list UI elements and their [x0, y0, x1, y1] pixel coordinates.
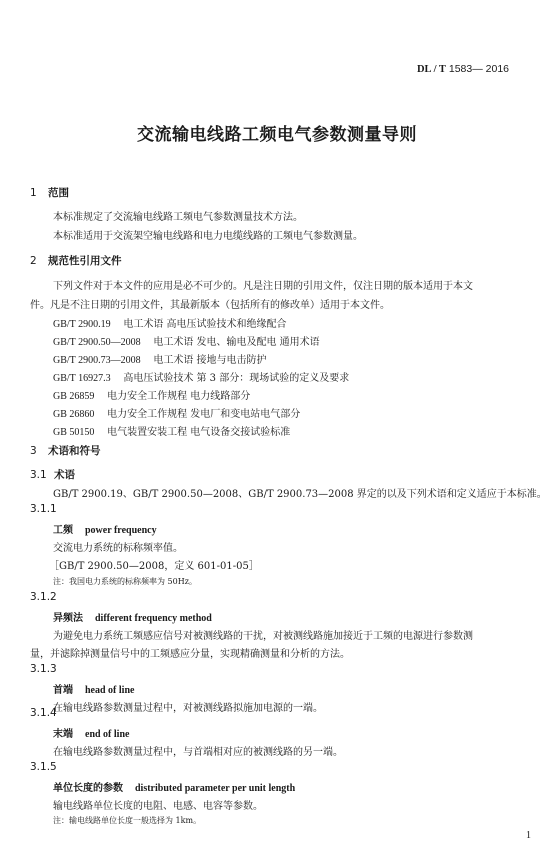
term-number: 3.1.4 — [30, 707, 57, 719]
subsection-number: 3.1 — [30, 469, 54, 481]
term-en: head of line — [85, 685, 134, 696]
term-heading: 单位长度的参数distributed parameter per unit le… — [53, 779, 295, 794]
reference-code: GB/T 2900.19 — [53, 319, 111, 330]
reference-title: 电力安全工作规程 电力线路部分 — [107, 391, 250, 402]
reference-item: GB/T 2900.19 电工术语 高电压试验技术和绝缘配合 — [53, 315, 287, 330]
term-note: 注：输电线路单位长度一般选择为 1km。 — [53, 815, 201, 826]
term-number: 3.1.5 — [30, 761, 57, 773]
term-zh: 异频法 — [53, 613, 83, 624]
standard-number: 1583— 2016 — [449, 63, 509, 75]
reference-title: 电工术语 高电压试验技术和绝缘配合 — [123, 319, 286, 330]
term-heading: 末端end of line — [53, 725, 129, 740]
terms-intro: GB/T 2900.19、GB/T 2900.50—2008、GB/T 2900… — [53, 485, 547, 500]
reference-code: GB/T 2900.73—2008 — [53, 355, 141, 366]
reference-code: GB 50150 — [53, 427, 94, 438]
term-zh: 末端 — [53, 729, 73, 740]
section-3-heading: 3术语和符号 — [30, 443, 101, 458]
reference-title: 高电压试验技术 第 3 部分：现场试验的定义及要求 — [123, 373, 349, 384]
reference-title: 电力安全工作规程 发电厂和变电站电气部分 — [107, 409, 300, 420]
term-heading: 工频power frequency — [53, 521, 157, 536]
reference-item: GB 26859 电力安全工作规程 电力线路部分 — [53, 387, 250, 402]
reference-item: GB 26860 电力安全工作规程 发电厂和变电站电气部分 — [53, 405, 300, 420]
section-number: 2 — [30, 255, 48, 267]
reference-title: 电工术语 接地与电击防护 — [153, 355, 266, 366]
normative-intro-line-1: 下列文件对于本文件的应用是必不可少的。凡是注日期的引用文件，仅注日期的版本适用于… — [53, 277, 473, 292]
reference-item: GB/T 2900.73—2008 电工术语 接地与电击防护 — [53, 351, 267, 366]
document-title: 交流输电线路工频电气参数测量导则 — [0, 120, 554, 145]
section-1-heading: 1范围 — [30, 185, 69, 200]
term-number: 3.1.3 — [30, 663, 57, 675]
term-number: 3.1.2 — [30, 591, 57, 603]
section-2-heading: 2规范性引用文件 — [30, 253, 122, 268]
section-label: 规范性引用文件 — [48, 255, 122, 267]
standard-prefix: DL / T — [417, 64, 446, 75]
term-definition: 交流电力系统的标称频率值。 — [53, 539, 183, 554]
term-en: end of line — [85, 729, 129, 740]
term-source: ［GB/T 2900.50—2008，定义 601-01-05］ — [49, 557, 259, 572]
term-heading: 异频法different frequency method — [53, 609, 212, 624]
reference-title: 电工术语 发电、输电及配电 通用术语 — [153, 337, 319, 348]
term-definition: 输电线路单位长度的电阻、电感、电容等参数。 — [53, 797, 263, 812]
term-en: different frequency method — [95, 613, 212, 624]
scope-paragraph-2: 本标准适用于交流架空输电线路和电力电缆线路的工频电气参数测量。 — [53, 227, 363, 242]
reference-code: GB/T 2900.50—2008 — [53, 337, 141, 348]
term-en: distributed parameter per unit length — [135, 783, 295, 794]
standard-code: DL / T 1583— 2016 — [417, 63, 509, 75]
subsection-3-1-heading: 3.1术语 — [30, 467, 75, 482]
normative-intro-line-2: 件。凡是不注日期的引用文件，其最新版本（包括所有的修改单）适用于本文件。 — [30, 296, 538, 311]
page-number: 1 — [526, 830, 531, 841]
term-heading: 首端head of line — [53, 681, 134, 696]
reference-item: GB 50150 电气装置安装工程 电气设备交接试验标准 — [53, 423, 290, 438]
term-zh: 单位长度的参数 — [53, 783, 123, 794]
term-zh: 工频 — [53, 525, 73, 536]
section-number: 1 — [30, 187, 48, 199]
term-note: 注：我国电力系统的标称频率为 50Hz。 — [53, 576, 197, 587]
term-definition: 在输电线路参数测量过程中，对被测线路拟施加电源的一端。 — [53, 699, 323, 714]
term-definition: 在输电线路参数测量过程中，与首端相对应的被测线路的另一端。 — [53, 743, 343, 758]
term-definition-line-2: 量，并滤除掉测量信号中的工频感应分量，实现精确测量和分析的方法。 — [30, 645, 538, 660]
term-zh: 首端 — [53, 685, 73, 696]
scope-paragraph-1: 本标准规定了交流输电线路工频电气参数测量技术方法。 — [53, 208, 303, 223]
reference-code: GB 26860 — [53, 409, 94, 420]
section-label: 范围 — [48, 187, 69, 199]
term-definition-line-1: 为避免电力系统工频感应信号对被测线路的干扰，对被测线路施加接近于工频的电源进行参… — [53, 627, 473, 642]
section-label: 术语和符号 — [48, 445, 101, 457]
reference-code: GB/T 16927.3 — [53, 373, 111, 384]
reference-item: GB/T 2900.50—2008 电工术语 发电、输电及配电 通用术语 — [53, 333, 320, 348]
reference-item: GB/T 16927.3 高电压试验技术 第 3 部分：现场试验的定义及要求 — [53, 369, 349, 384]
reference-code: GB 26859 — [53, 391, 94, 402]
term-number: 3.1.1 — [30, 503, 57, 515]
term-en: power frequency — [85, 525, 157, 536]
section-number: 3 — [30, 445, 48, 457]
subsection-label: 术语 — [54, 469, 75, 481]
reference-title: 电气装置安装工程 电气设备交接试验标准 — [107, 427, 290, 438]
